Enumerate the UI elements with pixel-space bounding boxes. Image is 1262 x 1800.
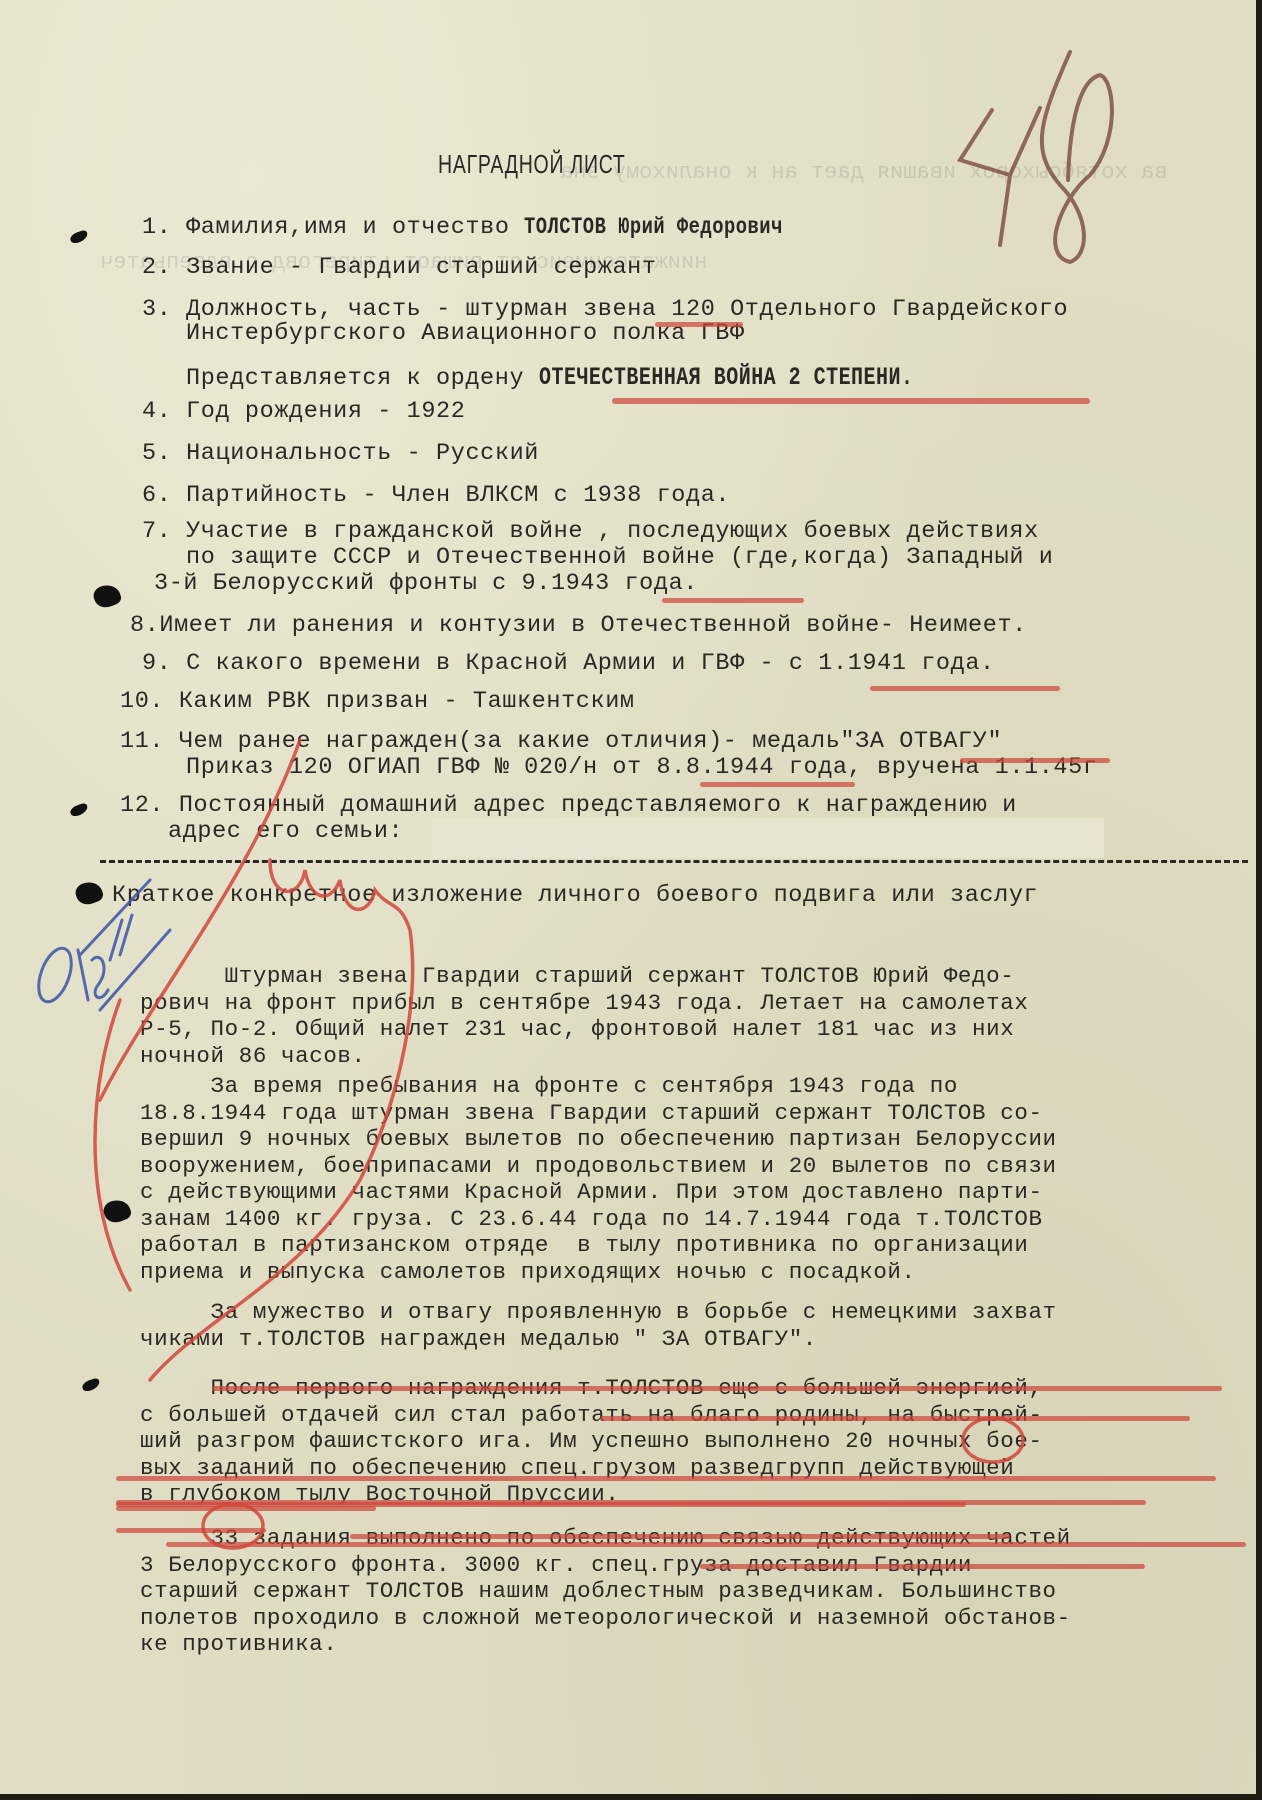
handwritten-number-78 [960, 52, 1112, 262]
red-circle-20 [963, 1418, 1023, 1462]
award-sheet-page: ва хотябсыхорох ивашия дает ан к оналихо… [0, 0, 1256, 1794]
red-circle-33 [203, 1504, 263, 1548]
red-pencil-stroke [95, 1000, 130, 1290]
handwritten-annotations [0, 0, 1256, 1794]
red-pencil-scribble [150, 860, 413, 1380]
handwritten-blue-note [32, 880, 170, 1010]
